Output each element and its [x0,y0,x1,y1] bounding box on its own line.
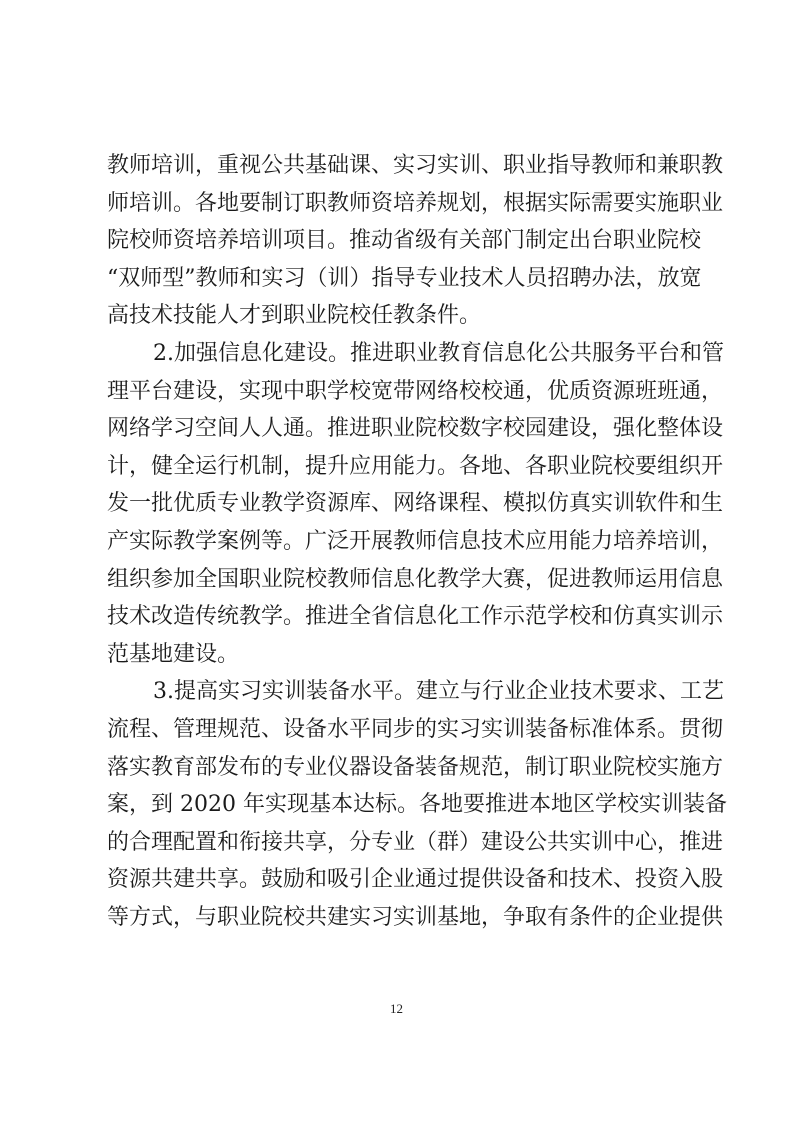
text-line: 落实教育部发布的专业仪器设备装备规范，制订职业院校实施方 [107,749,693,787]
text-line: 网络学习空间人人通。推进职业院校数字校园建设，强化整体设 [107,410,693,448]
document-body: 教师培训，重视公共基础课、实习实训、职业指导教师和兼职教 师培训。各地要制订职教… [107,147,693,936]
paragraph-informatization: 2.加强信息化建设。推进职业教育信息化公共服务平台和管 理平台建设，实现中职学校… [107,335,693,673]
text-line: 资源共建共享。鼓励和吸引企业通过提供设备和技术、投资入股 [107,861,693,899]
text-line: 流程、管理规范、设备水平同步的实习实训装备标准体系。贯彻 [107,711,693,749]
text-line: “双师型”教师和实习（训）指导专业技术人员招聘办法，放宽 [107,260,693,298]
text-line: 3.提高实习实训装备水平。建立与行业企业技术要求、工艺 [107,673,693,711]
text-line: 2.加强信息化建设。推进职业教育信息化公共服务平台和管 [107,335,693,373]
paragraph-teacher-training: 教师培训，重视公共基础课、实习实训、职业指导教师和兼职教 师培训。各地要制订职教… [107,147,693,335]
page-number: 12 [0,1001,793,1017]
text-line: 院校师资培养培训项目。推动省级有关部门制定出台职业院校 [107,222,693,260]
text-line: 理平台建设，实现中职学校宽带网络校校通，优质资源班班通， [107,373,693,411]
text-line: 教师培训，重视公共基础课、实习实训、职业指导教师和兼职教 [107,147,693,185]
text-line: 产实际教学案例等。广泛开展教师信息技术应用能力培养培训， [107,523,693,561]
text-line: 高技术技能人才到职业院校任教条件。 [107,297,693,335]
text-line: 的合理配置和衔接共享，分专业（群）建设公共实训中心，推进 [107,824,693,862]
text-line: 案，到 2020 年实现基本达标。各地要推进本地区学校实训装备 [107,786,693,824]
text-line: 计，健全运行机制，提升应用能力。各地、各职业院校要组织开 [107,448,693,486]
paragraph-training-equipment: 3.提高实习实训装备水平。建立与行业企业技术要求、工艺 流程、管理规范、设备水平… [107,673,693,936]
text-line: 等方式，与职业院校共建实习实训基地，争取有条件的企业提供 [107,899,693,937]
text-line: 技术改造传统教学。推进全省信息化工作示范学校和仿真实训示 [107,598,693,636]
text-line: 组织参加全国职业院校教师信息化教学大赛，促进教师运用信息 [107,561,693,599]
text-line: 发一批优质专业教学资源库、网络课程、模拟仿真实训软件和生 [107,485,693,523]
text-line: 师培训。各地要制订职教师资培养规划，根据实际需要实施职业 [107,185,693,223]
text-line: 范基地建设。 [107,636,693,674]
